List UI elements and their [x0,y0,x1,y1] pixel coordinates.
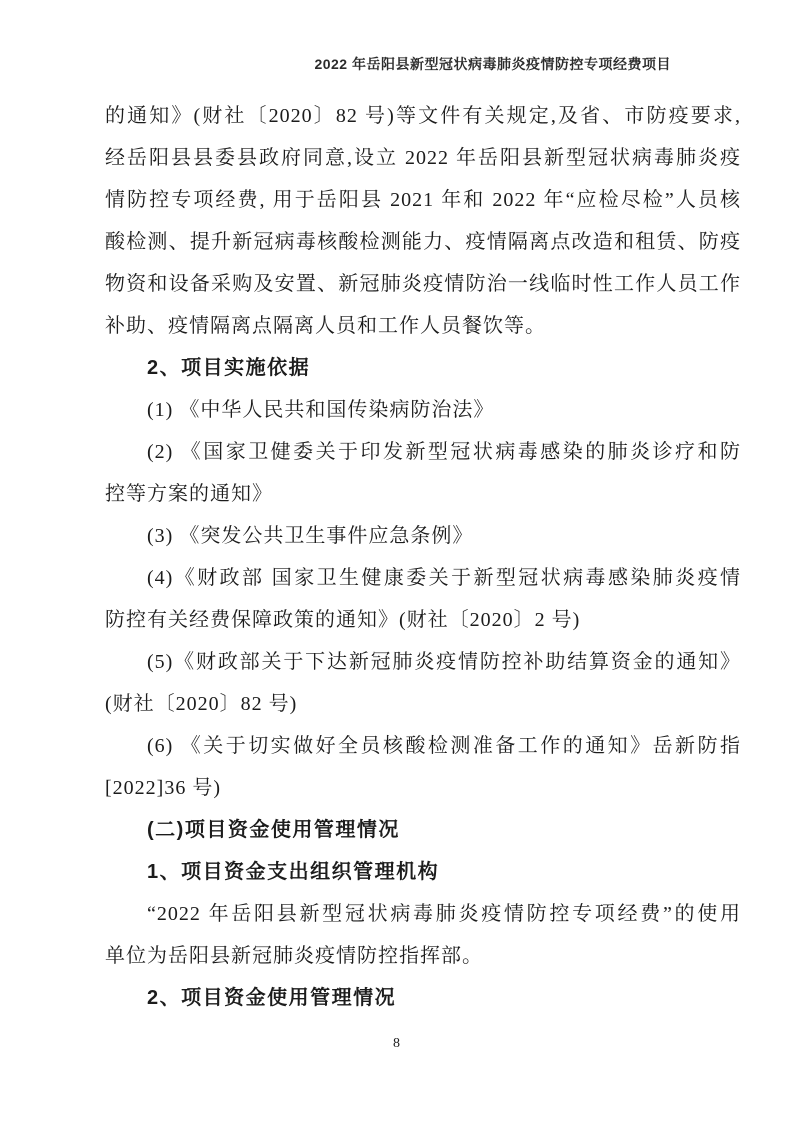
text-line: 单位为岳阳县新冠肺炎疫情防控指挥部。 [105,935,741,977]
text-line: 的通知》(财社〔2020〕82 号)等文件有关规定,及省、市防疫要求, [105,95,741,137]
text-line: (2) 《国家卫健委关于印发新型冠状病毒感染的肺炎诊疗和防 [105,431,741,473]
text-line: 酸检测、提升新冠病毒核酸检测能力、疫情隔离点改造和租赁、防疫 [105,221,741,263]
text-line: (1) 《中华人民共和国传染病防治法》 [105,389,741,431]
text-line: 2、项目实施依据 [105,347,741,389]
page-header-title: 2022 年岳阳县新型冠状病毒肺炎疫情防控专项经费项目 [314,54,671,74]
text-line: [2022]36 号) [105,767,741,809]
text-line: 经岳阳县县委县政府同意,设立 2022 年岳阳县新型冠状病毒肺炎疫 [105,137,741,179]
page-number-footer: 8 [0,1036,793,1052]
text-line: 控等方案的通知》 [105,473,741,515]
text-line: 情防控专项经费, 用于岳阳县 2021 年和 2022 年“应检尽检”人员核 [105,179,741,221]
document-body: 的通知》(财社〔2020〕82 号)等文件有关规定,及省、市防疫要求,经岳阳县县… [105,95,741,1019]
text-line: (3) 《突发公共卫生事件应急条例》 [105,515,741,557]
text-line: (财社〔2020〕82 号) [105,683,741,725]
text-line: 物资和设备采购及安置、新冠肺炎疫情防治一线临时性工作人员工作 [105,263,741,305]
text-line: 防控有关经费保障政策的通知》(财社〔2020〕2 号) [105,599,741,641]
text-line: (二)项目资金使用管理情况 [105,809,741,851]
text-line: 2、项目资金使用管理情况 [105,977,741,1019]
text-line: “2022 年岳阳县新型冠状病毒肺炎疫情防控专项经费”的使用 [105,893,741,935]
text-line: (6) 《关于切实做好全员核酸检测准备工作的通知》岳新防指 [105,725,741,767]
document-page: 2022 年岳阳县新型冠状病毒肺炎疫情防控专项经费项目 的通知》(财社〔2020… [0,0,793,1122]
text-line: 1、项目资金支出组织管理机构 [105,851,741,893]
text-line: 补助、疫情隔离点隔离人员和工作人员餐饮等。 [105,305,741,347]
text-line: (4)《财政部 国家卫生健康委关于新型冠状病毒感染肺炎疫情 [105,557,741,599]
text-line: (5)《财政部关于下达新冠肺炎疫情防控补助结算资金的通知》 [105,641,741,683]
